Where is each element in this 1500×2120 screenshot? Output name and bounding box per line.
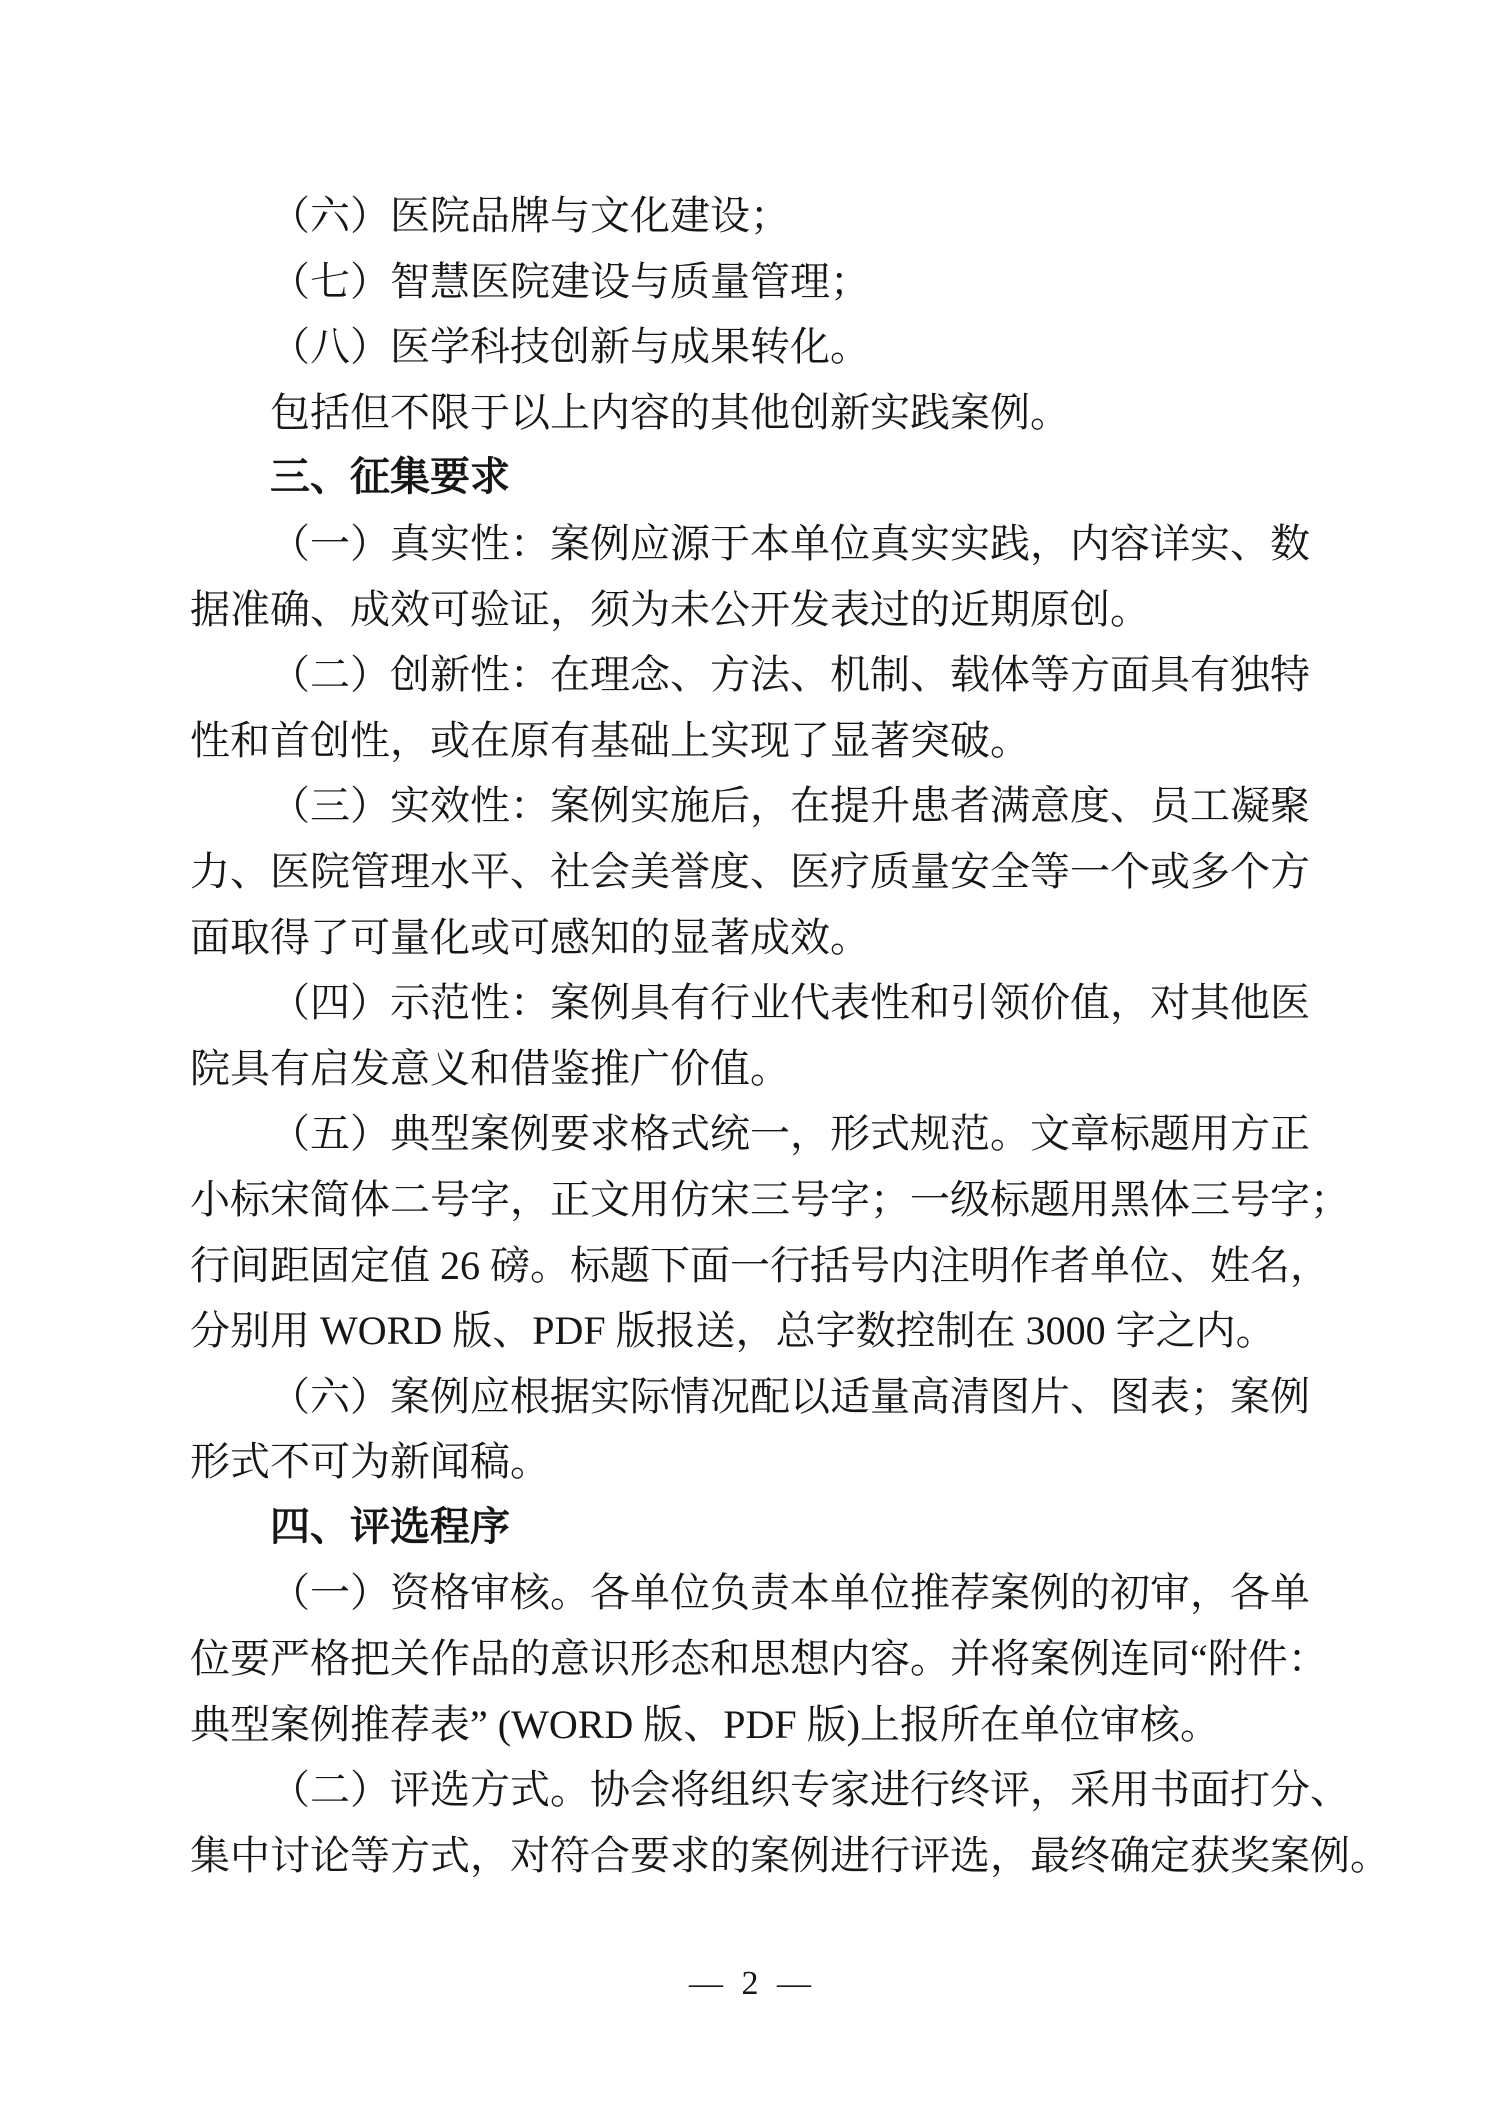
text-line: （一）资格审核。各单位负责本单位推荐案例的初审，各单 [190,1560,1310,1626]
paragraph: （四）示范性：案例具有行业代表性和引领价值，对其他医院具有启发意义和借鉴推广价值… [190,970,1310,1101]
paragraph: （一）真实性：案例应源于本单位真实实践，内容详实、数据准确、成效可验证，须为未公… [190,511,1310,642]
paragraph: （七）智慧医院建设与质量管理； [190,249,1310,315]
section-heading: 四、评选程序 [190,1495,1310,1561]
text-line: 行间距固定值 26 磅。标题下面一行括号内注明作者单位、姓名， [190,1233,1310,1299]
document-page: （六）医院品牌与文化建设；（七）智慧医院建设与质量管理；（八）医学科技创新与成果… [0,0,1500,2120]
text-line: 分别用 WORD 版、PDF 版报送，总字数控制在 3000 字之内。 [190,1298,1310,1364]
paragraph: （三）实效性：案例实施后，在提升患者满意度、员工凝聚力、医院管理水平、社会美誉度… [190,773,1310,970]
section-heading: 三、征集要求 [190,445,1310,511]
text-line: 院具有启发意义和借鉴推广价值。 [190,1036,1310,1102]
text-line: （六）案例应根据实际情况配以适量高清图片、图表；案例 [190,1364,1310,1430]
text-line: （七）智慧医院建设与质量管理； [190,249,1310,315]
text-line: （四）示范性：案例具有行业代表性和引领价值，对其他医 [190,970,1310,1036]
paragraph: （二）创新性：在理念、方法、机制、载体等方面具有独特性和首创性，或在原有基础上实… [190,642,1310,773]
text-line: （六）医院品牌与文化建设； [190,183,1310,249]
text-line: （三）实效性：案例实施后，在提升患者满意度、员工凝聚 [190,773,1310,839]
text-line: 面取得了可量化或可感知的显著成效。 [190,905,1310,971]
text-line: 四、评选程序 [190,1495,1310,1561]
text-line: （二）创新性：在理念、方法、机制、载体等方面具有独特 [190,642,1310,708]
paragraph: （六）医院品牌与文化建设； [190,183,1310,249]
text-line: 典型案例推荐表” (WORD 版、PDF 版)上报所在单位审核。 [190,1692,1310,1758]
text-line: 力、医院管理水平、社会美誉度、医疗质量安全等一个或多个方 [190,839,1310,905]
text-line: （五）典型案例要求格式统一，形式规范。文章标题用方正 [190,1101,1310,1167]
paragraph: （八）医学科技创新与成果转化。 [190,314,1310,380]
page-footer: — 2 — [0,1962,1500,2006]
page-number: — 2 — [689,1962,811,2006]
text-line: 集中讨论等方式，对符合要求的案例进行评选，最终确定获奖案例。 [190,1823,1310,1889]
text-line: （一）真实性：案例应源于本单位真实实践，内容详实、数 [190,511,1310,577]
text-line: 小标宋简体二号字，正文用仿宋三号字；一级标题用黑体三号字； [190,1167,1310,1233]
paragraph: （一）资格审核。各单位负责本单位推荐案例的初审，各单位要严格把关作品的意识形态和… [190,1560,1310,1757]
paragraph: （六）案例应根据实际情况配以适量高清图片、图表；案例形式不可为新闻稿。 [190,1364,1310,1495]
text-line: 位要严格把关作品的意识形态和思想内容。并将案例连同“附件： [190,1626,1310,1692]
text-line: 包括但不限于以上内容的其他创新实践案例。 [190,380,1310,446]
paragraph: （五）典型案例要求格式统一，形式规范。文章标题用方正小标宋简体二号字，正文用仿宋… [190,1101,1310,1363]
paragraph: （二）评选方式。协会将组织专家进行终评，采用书面打分、集中讨论等方式，对符合要求… [190,1757,1310,1888]
page-body: （六）医院品牌与文化建设；（七）智慧医院建设与质量管理；（八）医学科技创新与成果… [190,183,1310,1888]
paragraph: 包括但不限于以上内容的其他创新实践案例。 [190,380,1310,446]
text-line: 三、征集要求 [190,445,1310,511]
text-line: 据准确、成效可验证，须为未公开发表过的近期原创。 [190,577,1310,643]
text-line: 形式不可为新闻稿。 [190,1429,1310,1495]
text-line: （二）评选方式。协会将组织专家进行终评，采用书面打分、 [190,1757,1310,1823]
text-line: 性和首创性，或在原有基础上实现了显著突破。 [190,708,1310,774]
text-line: （八）医学科技创新与成果转化。 [190,314,1310,380]
